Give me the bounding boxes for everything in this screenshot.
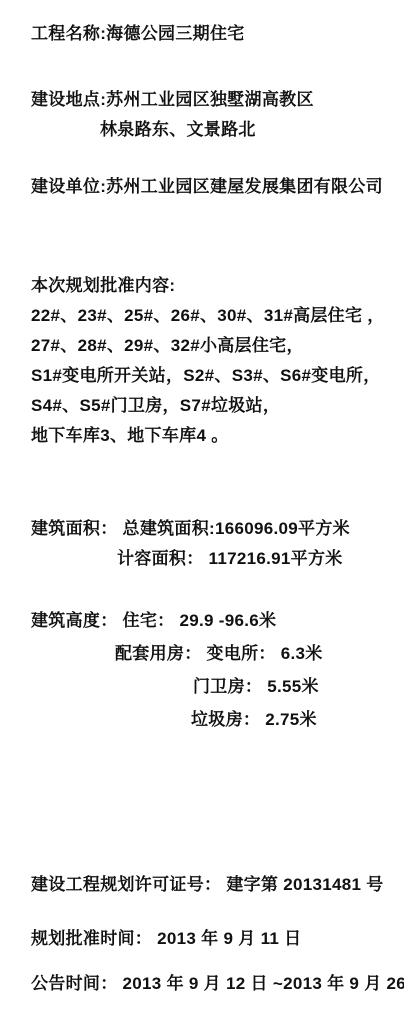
planning-notice-document: 工程名称:海德公园三期住宅 建设地点:苏州工业园区独墅湖高教区 林泉路东、文景路… — [0, 0, 404, 1024]
permit-number-line: 建设工程规划许可证号： 建字第 20131481 号 — [31, 875, 384, 895]
construction-location-line-1: 建设地点:苏州工业园区独墅湖高教区 — [31, 90, 314, 110]
building-area-total-line: 建筑面积： 总建筑面积:166096.09平方米 — [31, 519, 350, 539]
building-area-capacity-line: 计容面积： 117216.91平方米 — [117, 549, 343, 569]
approval-content-line: 27#、28#、29#、32#小高层住宅， — [31, 336, 304, 356]
building-height-residential-line: 建筑高度： 住宅： 29.9 -96.6米 — [31, 611, 276, 631]
approval-date-line: 规划批准时间： 2013 年 9 月 11 日 — [31, 929, 301, 949]
building-height-ancillary-line: 配套用房： 变电所： 6.3米 — [115, 644, 323, 664]
construction-location-line-2: 林泉路东、文景路北 — [100, 120, 256, 140]
approval-content-line: 22#、23#、25#、26#、30#、31#高层住宅 ， — [31, 306, 385, 326]
approval-content-line: 地下车库3、地下车库4 。 — [31, 426, 229, 446]
building-height-garbage-room-line: 垃圾房： 2.75米 — [191, 710, 317, 730]
project-name-line: 工程名称:海德公园三期住宅 — [31, 24, 245, 44]
notice-period-line: 公告时间： 2013 年 9 月 12 日 ~2013 年 9 月 26 日 — [31, 974, 404, 994]
building-height-guard-room-line: 门卫房： 5.55米 — [193, 677, 319, 697]
approval-content-line: S1#变电所开关站，S2#、S3#、S6#变电所， — [31, 366, 381, 386]
construction-unit-line: 建设单位:苏州工业园区建屋发展集团有限公司 — [31, 177, 383, 197]
approval-content-line: S4#、S5#门卫房，S7#垃圾站， — [31, 396, 280, 416]
approval-content-heading: 本次规划批准内容: — [31, 276, 175, 296]
